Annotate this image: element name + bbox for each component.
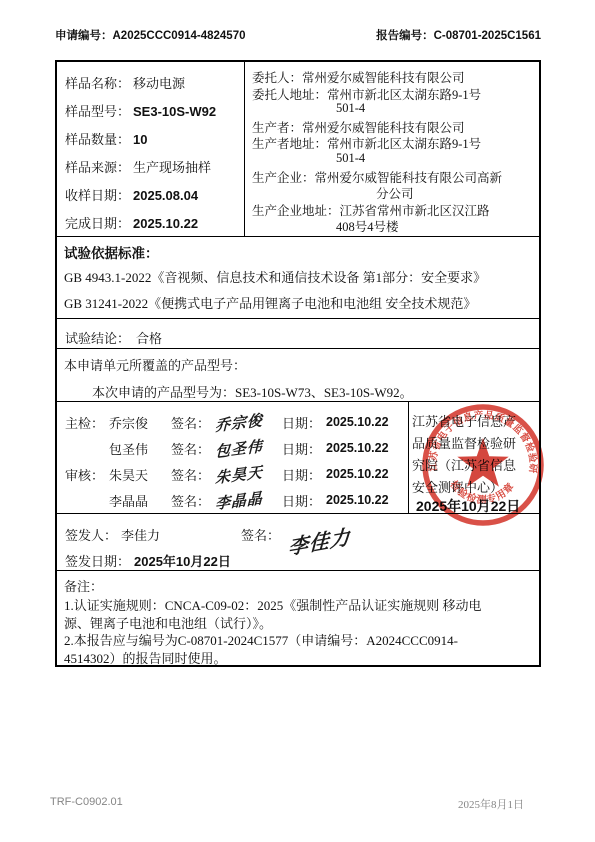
application-number: 申请编号：A2025CCC0914-4824570 [55, 27, 246, 43]
sample-model-line: 样品型号：SE3-10S-W92 [65, 101, 238, 129]
stamp-org-text: 江苏省电子信息产 品质量监督检验研 究院（江苏省信息 安全测评中心） [412, 411, 542, 499]
signature-row-1: 主检： 乔宗俊 签名： 乔宗俊 日期： 2025.10.22 [65, 409, 402, 435]
signature-date: 2025.10.22 [326, 467, 402, 481]
sample-info-cell: 样品名称：移动电源 样品型号：SE3-10S-W92 样品数量：10 样品来源：… [57, 62, 245, 236]
issuer-label: 签发人： [65, 525, 117, 544]
row-conclusion: 试验结论：合格 [57, 318, 539, 348]
sample-quantity-value: 10 [133, 132, 147, 147]
date-label: 日期： [282, 413, 326, 432]
signature-scribble: 乔宗俊 [215, 409, 263, 436]
issue-date-value: 2025年10月22日 [134, 551, 231, 570]
factory-line2: 分公司 [252, 184, 535, 201]
signature-scribble: 包圣伟 [215, 435, 263, 462]
factory-address-line: 生产企业地址：江苏省常州市新北区汉江路 [252, 201, 535, 218]
issuer-sign-label: 签名： [241, 525, 280, 544]
report-table: 样品名称：移动电源 样品型号：SE3-10S-W92 样品数量：10 样品来源：… [55, 60, 541, 667]
report-number: 报告编号：C-08701-2025C1561 [376, 27, 541, 43]
signature-date: 2025.10.22 [326, 441, 402, 455]
note-line-1: 1.认证实施规则：CNCA-C09-02：2025《强制性产品认证实施规则 移动… [64, 595, 531, 612]
sign-label: 签名： [171, 439, 215, 458]
page-footer: TRF-C0902.01 2025年8月1日 [50, 796, 524, 812]
issue-date-label: 签发日期： [65, 551, 130, 570]
issuer-line: 签发人： 李佳力 签名： 李佳力 [65, 520, 531, 548]
sample-name-label: 样品名称： [65, 76, 130, 91]
date-label: 日期： [282, 439, 326, 458]
note-line-3: 2.本报告应与编号为C-08701-2024C1577（申请编号：A2024CC… [64, 630, 531, 647]
sample-source-label: 样品来源： [65, 160, 130, 175]
sample-name-line: 样品名称：移动电源 [65, 73, 238, 101]
signature-scribble: 李晶晶 [215, 487, 263, 514]
signature-row-4: 李晶晶 签名： 李晶晶 日期： 2025.10.22 [65, 487, 402, 513]
producer-line: 生产者：常州爱尔威智能科技有限公司 [252, 118, 535, 135]
reviewer-name: 朱昊天 [109, 465, 171, 484]
covered-models-value: 本次申请的产品型号为：SE3-10S-W73、SE3-10S-W92。 [64, 382, 531, 401]
report-page: 申请编号：A2025CCC0914-4824570 报告编号：C-08701-2… [0, 0, 595, 842]
footer-form-code: TRF-C0902.01 [50, 796, 123, 812]
signature-date: 2025.10.22 [326, 493, 402, 507]
chief-inspector-label: 主检： [65, 413, 109, 432]
row-issuer: 签发人： 李佳力 签名： 李佳力 签发日期： 2025年10月22日 [57, 513, 539, 570]
report-number-label: 报告编号： [376, 30, 434, 42]
date-label: 日期： [282, 465, 326, 484]
inspector-name: 包圣伟 [109, 439, 171, 458]
signature-area: 主检： 乔宗俊 签名： 乔宗俊 日期： 2025.10.22 包圣伟 签名： 包… [57, 402, 409, 513]
factory-address-line2: 408号4号楼 [252, 217, 535, 234]
inspector-name: 乔宗俊 [109, 413, 171, 432]
note-line-2: 源、锂离子电池和电池组（试行）》。 [64, 613, 531, 630]
sign-label: 签名： [171, 491, 215, 510]
application-number-label: 申请编号： [55, 30, 113, 42]
note-line-4: 4514302）的报告同时使用。 [64, 648, 531, 665]
standard-line-2: GB 31241-2022《便携式电子产品用锂离子电池和电池组 安全技术规范》 [64, 293, 531, 319]
application-number-value: A2025CCC0914-4824570 [113, 30, 246, 42]
reviewer-label: 审核： [65, 465, 109, 484]
sample-received-date-line: 收样日期：2025.08.04 [65, 185, 238, 213]
notes-title: 备注： [64, 576, 531, 595]
stamp-org-line: 究院（江苏省信息 [412, 455, 542, 477]
stamp-org-line: 江苏省电子信息产 [412, 411, 542, 433]
standard-line-1: GB 4943.1-2022《音视频、信息技术和通信技术设备 第1部分：安全要求… [64, 267, 531, 293]
row-signatures: 主检： 乔宗俊 签名： 乔宗俊 日期： 2025.10.22 包圣伟 签名： 包… [57, 401, 539, 513]
row-sample-and-parties: 样品名称：移动电源 样品型号：SE3-10S-W92 样品数量：10 样品来源：… [57, 62, 539, 236]
page-header: 申请编号：A2025CCC0914-4824570 报告编号：C-08701-2… [55, 27, 541, 43]
sample-model-label: 样品型号： [65, 104, 130, 119]
report-number-value: C-08701-2025C1561 [434, 30, 541, 42]
sample-name-value: 移动电源 [133, 76, 185, 91]
issuer-name: 李佳力 [121, 525, 241, 544]
factory-line: 生产企业：常州爱尔威智能科技有限公司高新 [252, 168, 535, 185]
row-notes: 备注： 1.认证实施规则：CNCA-C09-02：2025《强制性产品认证实施规… [57, 570, 539, 665]
producer-address-line2: 501-4 [252, 151, 535, 168]
sample-received-date-label: 收样日期： [65, 188, 130, 203]
signature-date: 2025.10.22 [326, 415, 402, 429]
date-label: 日期： [282, 491, 326, 510]
sample-completed-date-label: 完成日期： [65, 216, 130, 231]
sample-model-value: SE3-10S-W92 [133, 104, 216, 119]
sample-source-line: 样品来源：生产现场抽样 [65, 157, 238, 185]
signature-row-2: 包圣伟 签名： 包圣伟 日期： 2025.10.22 [65, 435, 402, 461]
client-address-line: 委托人地址：常州市新北区太湖东路9-1号 [252, 85, 535, 102]
conclusion-value: 合格 [136, 331, 162, 346]
sample-source-value: 生产现场抽样 [133, 160, 211, 175]
sign-label: 签名： [171, 413, 215, 432]
signature-row-3: 审核： 朱昊天 签名： 朱昊天 日期： 2025.10.22 [65, 461, 402, 487]
sample-quantity-label: 样品数量： [65, 132, 130, 147]
sample-quantity-line: 样品数量：10 [65, 129, 238, 157]
party-info-cell: 委托人：常州爱尔威智能科技有限公司 委托人地址：常州市新北区太湖东路9-1号 5… [245, 62, 539, 236]
conclusion-label: 试验结论： [65, 331, 130, 346]
row-standards: 试验依据标准： GB 4943.1-2022《音视频、信息技术和通信技术设备 第… [57, 236, 539, 318]
client-address-line2: 501-4 [252, 101, 535, 118]
sample-received-date-value: 2025.08.04 [133, 188, 198, 203]
signature-scribble: 朱昊天 [215, 461, 263, 488]
stamp-cell: 江苏省电子信息产 品质量监督检验研 究院（江苏省信息 安全测评中心） 2025年… [409, 402, 539, 513]
producer-address-line: 生产者地址：常州市新北区太湖东路9-1号 [252, 134, 535, 151]
reviewer-name: 李晶晶 [109, 491, 171, 510]
row-covered-models: 本申请单元所覆盖的产品型号： 本次申请的产品型号为：SE3-10S-W73、SE… [57, 348, 539, 401]
standards-title: 试验依据标准： [64, 242, 531, 267]
stamp-org-line: 品质量监督检验研 [412, 433, 542, 455]
sample-completed-date-value: 2025.10.22 [133, 216, 198, 231]
footer-date: 2025年8月1日 [458, 796, 524, 812]
sign-label: 签名： [171, 465, 215, 484]
client-line: 委托人：常州爱尔威智能科技有限公司 [252, 68, 535, 85]
covered-models-title: 本申请单元所覆盖的产品型号： [64, 355, 531, 382]
